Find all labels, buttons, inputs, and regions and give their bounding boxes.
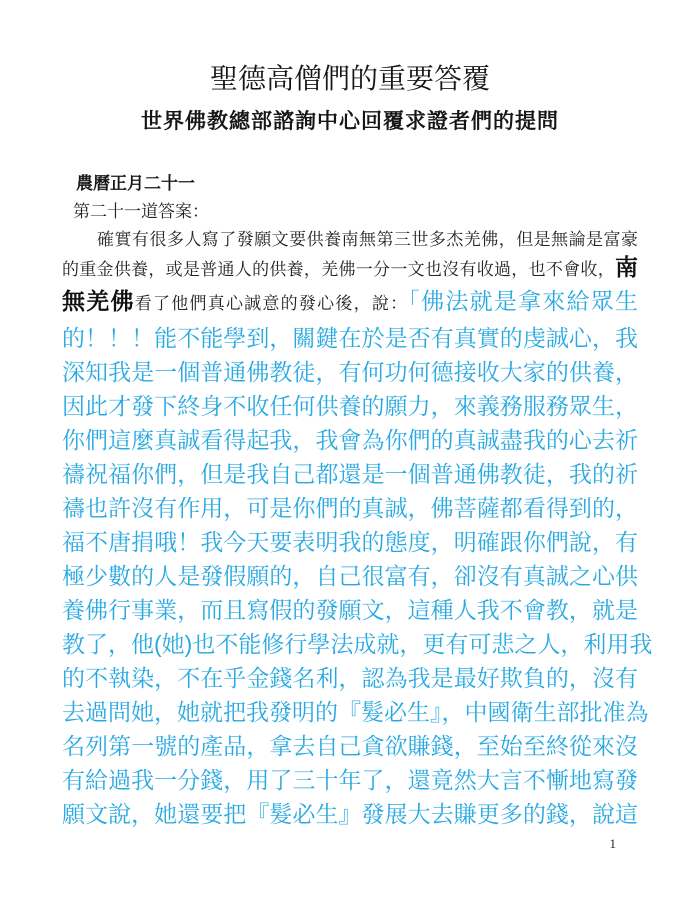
buddha-name-emphasis: 南 — [615, 255, 638, 280]
answer-number-label: 第二十一道答案： — [62, 198, 638, 226]
quote-line: 禱祝福你們，但是我自己都還是一個普通佛教徒，我的祈 — [62, 457, 638, 491]
section-heading-lunar-date: 農曆正月二十一 — [62, 170, 638, 198]
quote-line: 願文說，她還要把『髮必生』發展大去賺更多的錢，說這 — [62, 797, 638, 831]
quote-line: 極少數的人是發假願的，自己很富有，卻沒有真誠之心供 — [62, 559, 638, 593]
quote-line: 教了，他(她)也不能修行學法成就，更有可悲之人，利用我 — [62, 627, 638, 661]
quote-line: 你們這麼真誠看得起我，我會為你們的真誠盡我的心去祈 — [62, 423, 638, 457]
document-subtitle: 世界佛教總部諮詢中心回覆求證者們的提問 — [0, 106, 700, 136]
body-line: 確實有很多人寫了發願文要供養南無第三世多杰羌佛，但是無論是富豪 — [62, 226, 638, 254]
document-body: 農曆正月二十一 第二十一道答案： 確實有很多人寫了發願文要供養南無第三世多杰羌佛… — [62, 170, 638, 831]
quote-line: 深知我是一個普通佛教徒，有何功何德接收大家的供養， — [62, 355, 638, 389]
quote-line: 的！！！能不能學到，關鍵在於是否有真實的虔誠心，我 — [62, 321, 638, 355]
quote-line: 福不唐捐哦！我今天要表明我的態度，明確跟你們說，有 — [62, 525, 638, 559]
quote-line: 有給過我一分錢，用了三十年了，還竟然大言不慚地寫發 — [62, 763, 638, 797]
quote-line: 因此才發下終身不收任何供養的願力，來義務服務眾生， — [62, 389, 638, 423]
quote-opening-text: 「佛法就是拿來給眾生 — [408, 288, 638, 314]
body-line-text: 的重金供養，或是普通人的供養，羌佛一分一文也沒有收過，也不會收， — [62, 260, 615, 279]
document-page: 聖德高僧們的重要答覆 世界佛教總部諮詢中心回覆求證者們的提問 農曆正月二十一 第… — [0, 0, 700, 906]
quote-line: 的不執染，不在乎金錢名利，認為我是最好欺負的，沒有 — [62, 661, 638, 695]
body-line: 的重金供養，或是普通人的供養，羌佛一分一文也沒有收過，也不會收，南 — [62, 254, 638, 284]
buddha-name-emphasis: 無羌佛 — [62, 289, 135, 314]
quote-line: 去過問她，她就把我發明的『髮必生』，中國衛生部批准為 — [62, 695, 638, 729]
document-title: 聖德高僧們的重要答覆 — [0, 60, 700, 100]
body-line-text: 看了他們真心誠意的發心後，說： — [135, 294, 409, 313]
body-line: 無羌佛看了他們真心誠意的發心後，說：「佛法就是拿來給眾生 — [62, 284, 638, 321]
quote-line: 名列第一號的產品，拿去自己貪欲賺錢，至始至終從來沒 — [62, 729, 638, 763]
page-number: 1 — [610, 836, 617, 851]
quote-line: 禱也許沒有作用，可是你們的真誠，佛菩薩都看得到的， — [62, 491, 638, 525]
quote-line: 養佛行事業，而且寫假的發願文，這種人我不會教，就是 — [62, 593, 638, 627]
